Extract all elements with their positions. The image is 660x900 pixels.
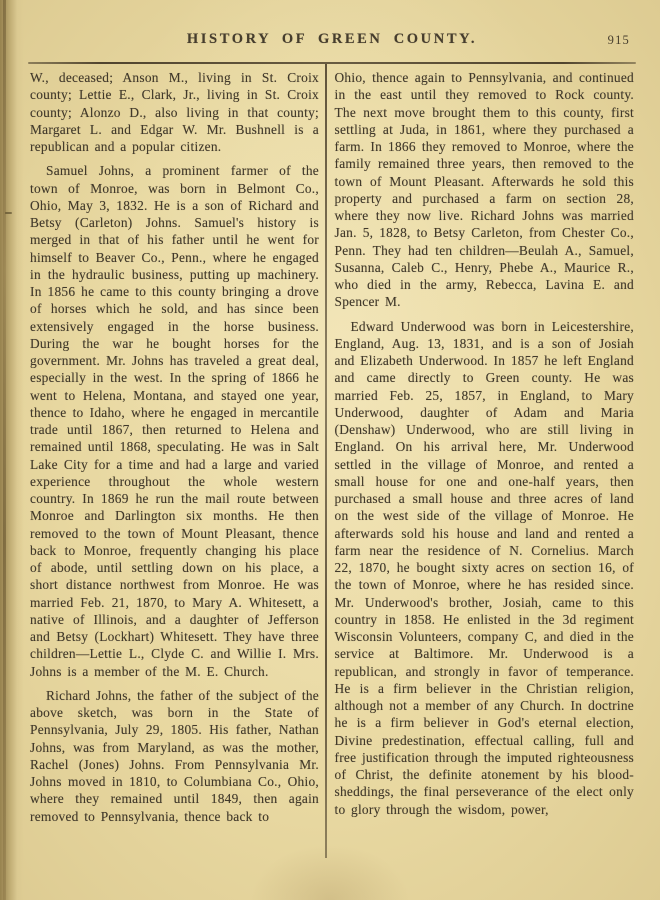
paragraph-edward-underwood: Edward Underwood was born in Leicestersh…: [335, 318, 635, 818]
paragraph-richard-johns: Richard Johns, the father of the subject…: [30, 687, 319, 825]
running-header: HISTORY OF GREEN COUNTY. 915: [30, 31, 634, 53]
ink-speck: [5, 212, 12, 214]
binding-crease: [3, 0, 6, 900]
book-page: HISTORY OF GREEN COUNTY. 915 W., decease…: [0, 0, 660, 900]
left-column: W., deceased; Anson M., living in St. Cr…: [30, 64, 319, 858]
binding-gutter-shadow: [0, 0, 24, 900]
paragraph-bushnell-continuation: W., deceased; Anson M., living in St. Cr…: [30, 69, 319, 155]
paragraph-richard-johns-continuation: Ohio, thence again to Pennsylvania, and …: [335, 69, 635, 311]
page-number: 915: [608, 33, 630, 48]
column-divider-rule: [325, 64, 327, 858]
paragraph-samuel-johns: Samuel Johns, a prominent farmer of the …: [30, 162, 319, 680]
right-column: Ohio, thence again to Pennsylvania, and …: [335, 64, 635, 858]
text-columns: W., deceased; Anson M., living in St. Cr…: [30, 64, 634, 858]
page-title: HISTORY OF GREEN COUNTY.: [30, 31, 634, 48]
